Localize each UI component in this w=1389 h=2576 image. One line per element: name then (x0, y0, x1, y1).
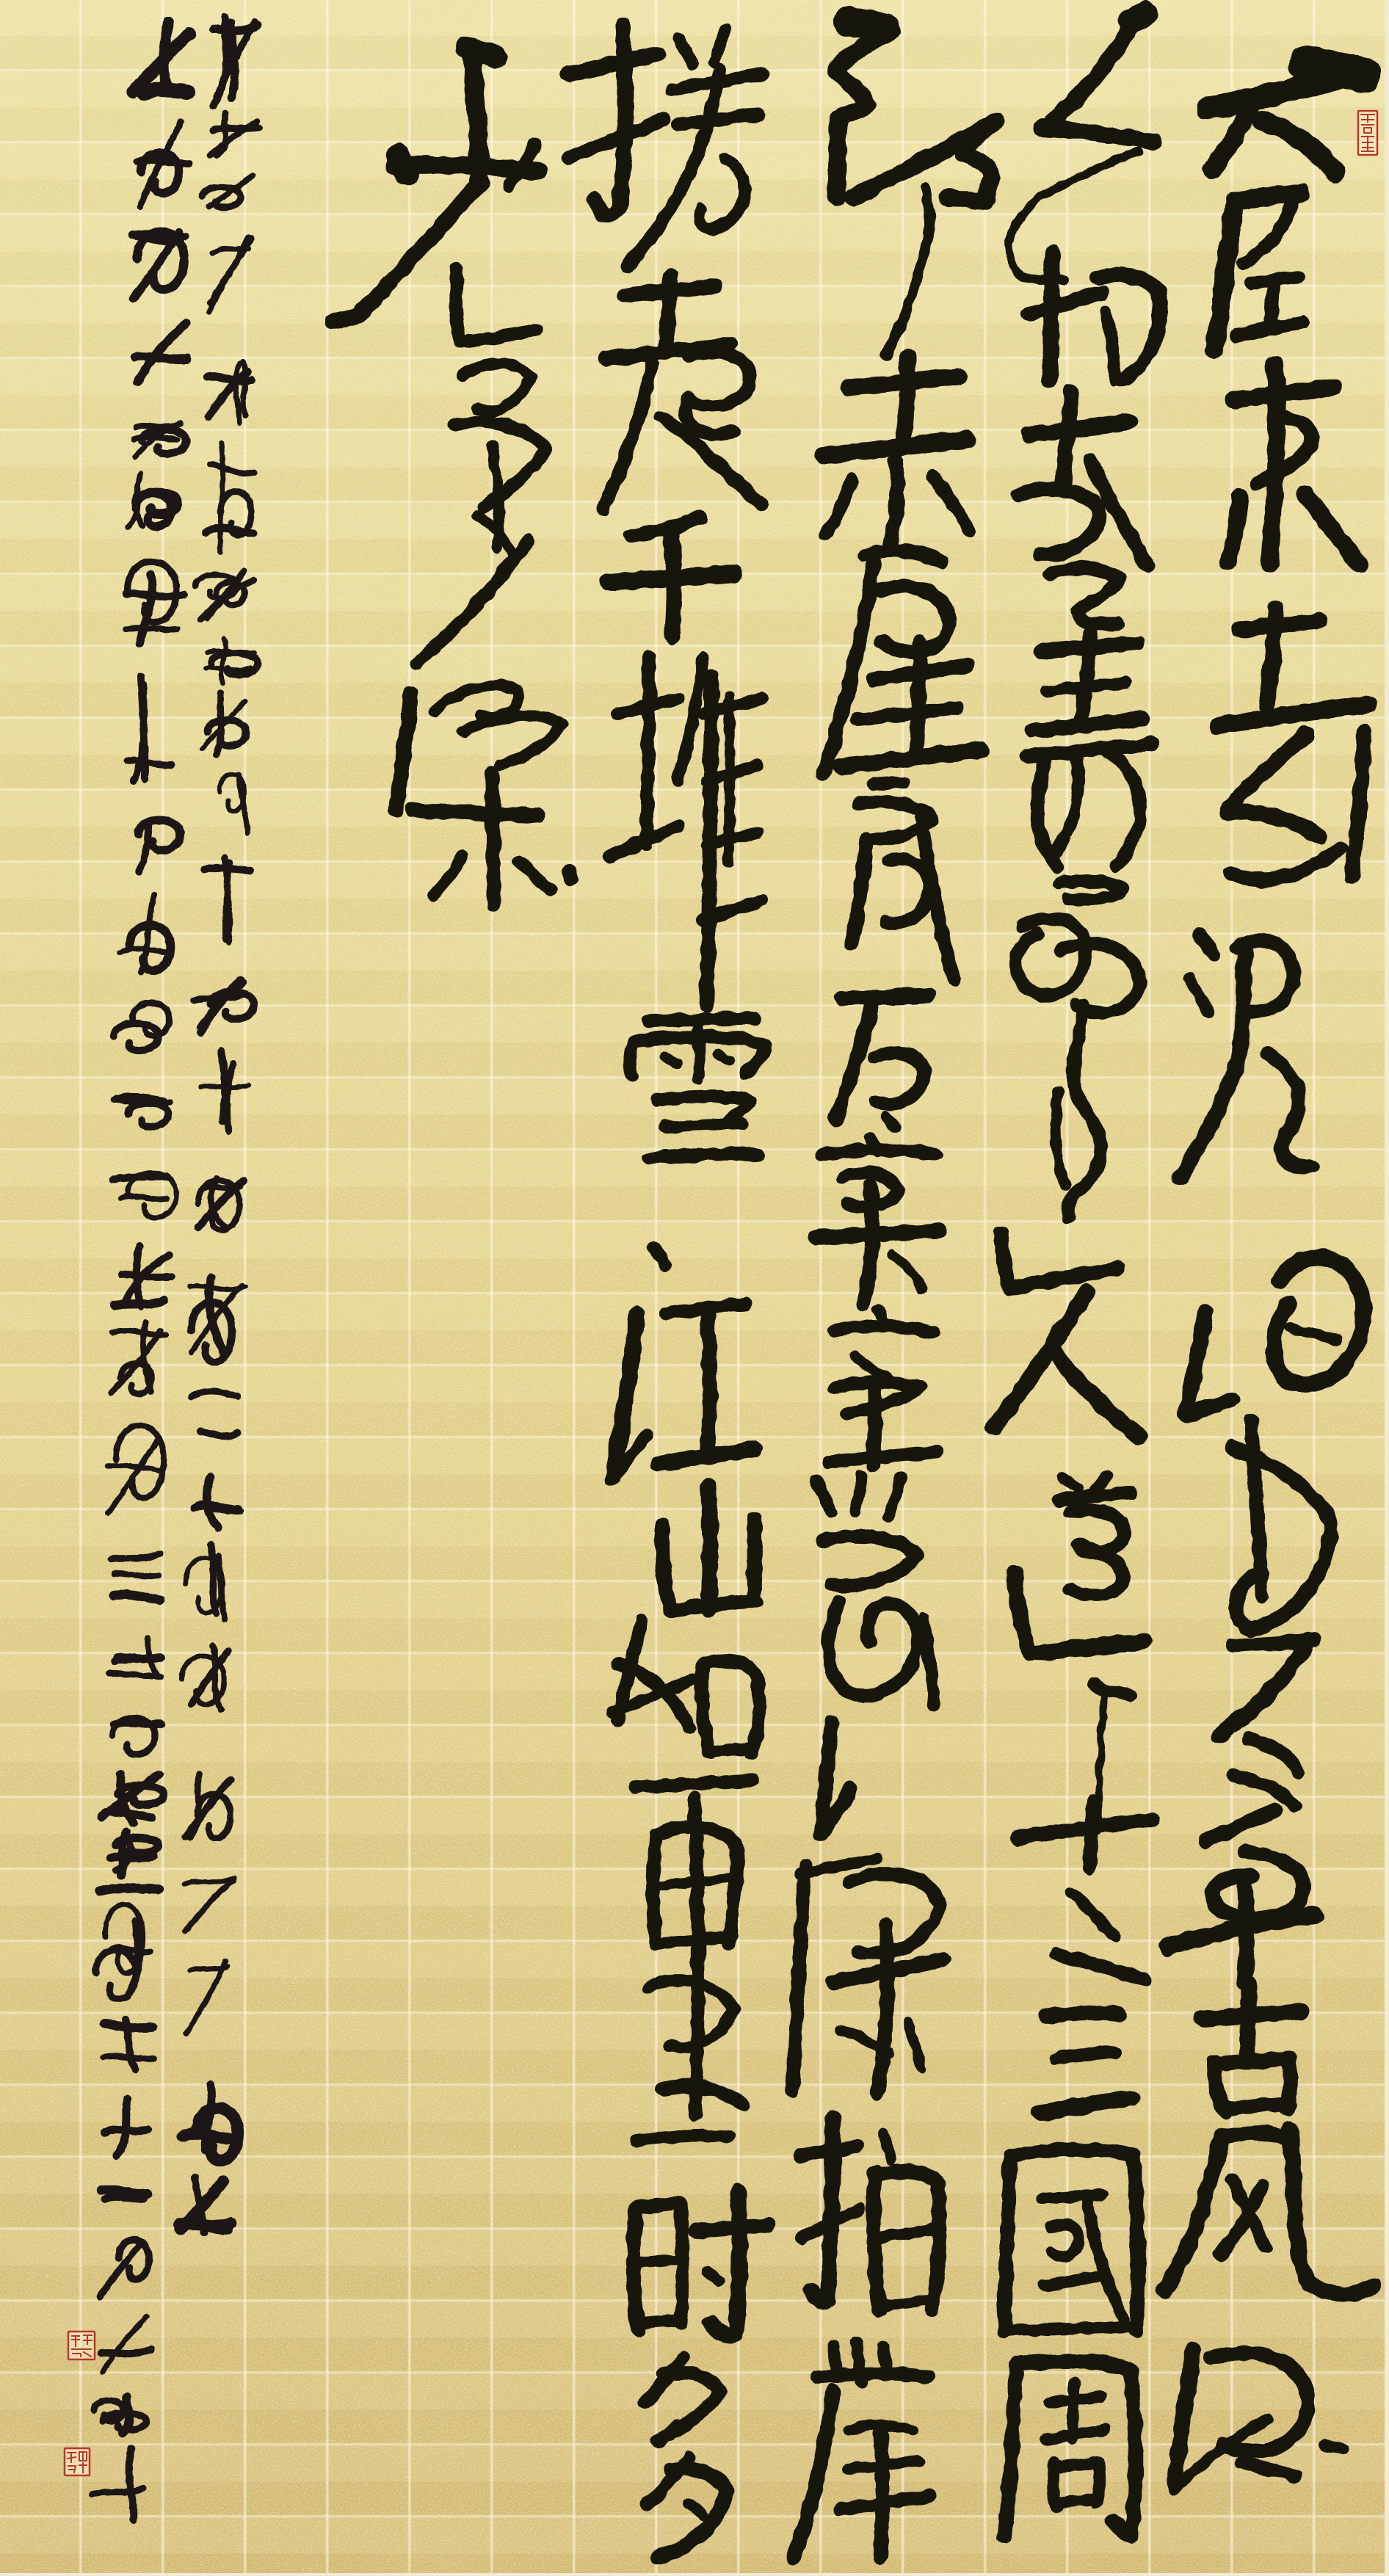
seal-signature-lower (65, 2448, 90, 2475)
calligraphy-scroll: 大江东去浪淘尽千古风流 人物故垒西边人道是三国周 郎赤壁乱石穿空惊涛拍岸 捲起千… (0, 0, 1389, 2576)
ink-layer (0, 0, 1389, 2576)
scroll-bottom-edge (0, 2573, 1389, 2576)
seal-signature-upper (68, 2332, 95, 2359)
seal-top-right (1358, 111, 1377, 155)
scroll-right-edge (1385, 0, 1389, 2576)
inscription-char (101, 2190, 148, 2199)
calligraphy-char (637, 2136, 729, 2141)
inscription-char (134, 423, 186, 457)
inscription-char (99, 1888, 159, 1891)
